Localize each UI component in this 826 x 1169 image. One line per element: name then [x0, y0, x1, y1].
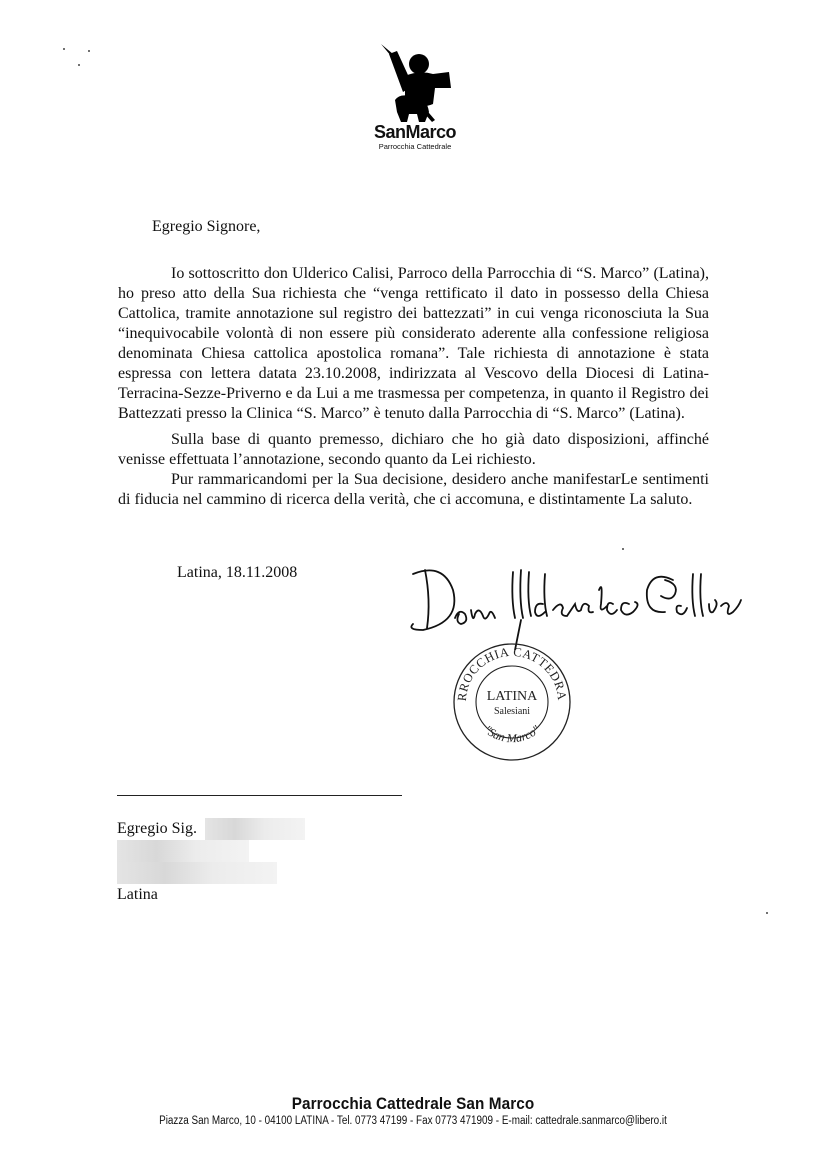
svg-text:"San Marco": "San Marco" [481, 722, 543, 745]
redacted-address-line [117, 862, 277, 884]
stamp-center-sub: Salesiani [494, 706, 530, 717]
paragraph: Sulla base di quanto premesso, dichiaro … [118, 430, 709, 470]
scan-speck [78, 64, 80, 66]
letterhead-logo: SanMarco Parrocchia Cattedrale [360, 42, 470, 151]
scan-speck [63, 48, 65, 50]
paragraph: Pur rammaricandomi per la Sua decisione,… [118, 470, 709, 510]
recipient-block: Egregio Sig. Latina [117, 818, 305, 906]
footer-address: Piazza San Marco, 10 - 04100 LATINA - Te… [58, 1115, 768, 1127]
letter-body: Io sottoscritto don Ulderico Calisi, Par… [118, 264, 709, 510]
redacted-address-line [117, 840, 249, 862]
scan-speck [622, 548, 624, 550]
paragraph: Io sottoscritto don Ulderico Calisi, Par… [118, 264, 709, 424]
recipient-city: Latina [117, 884, 305, 906]
place-date: Latina, 18.11.2008 [177, 564, 297, 582]
salutation: Egregio Signore, [152, 218, 260, 236]
divider-line [117, 795, 402, 796]
logo-name: SanMarco [360, 122, 470, 142]
logo-subtitle: Parrocchia Cattedrale [360, 142, 470, 151]
recipient-greeting: Egregio Sig. [117, 820, 197, 837]
stamp-ring-bottom: "San Marco" [481, 722, 543, 745]
footer-title: Parrocchia Cattedrale San Marco [41, 1094, 784, 1114]
saint-mark-silhouette-icon [375, 42, 455, 124]
redacted-name [205, 818, 305, 840]
scan-speck [88, 50, 90, 52]
stamp-center-title: LATINA [487, 689, 538, 704]
parish-stamp: PARROCCHIA CATTEDRALE "San Marco" LATINA… [450, 640, 574, 764]
letterhead-footer: Parrocchia Cattedrale San Marco Piazza S… [0, 1094, 826, 1127]
scan-speck [766, 912, 768, 914]
handwritten-signature: Don Ulderico Calisi [403, 560, 763, 650]
